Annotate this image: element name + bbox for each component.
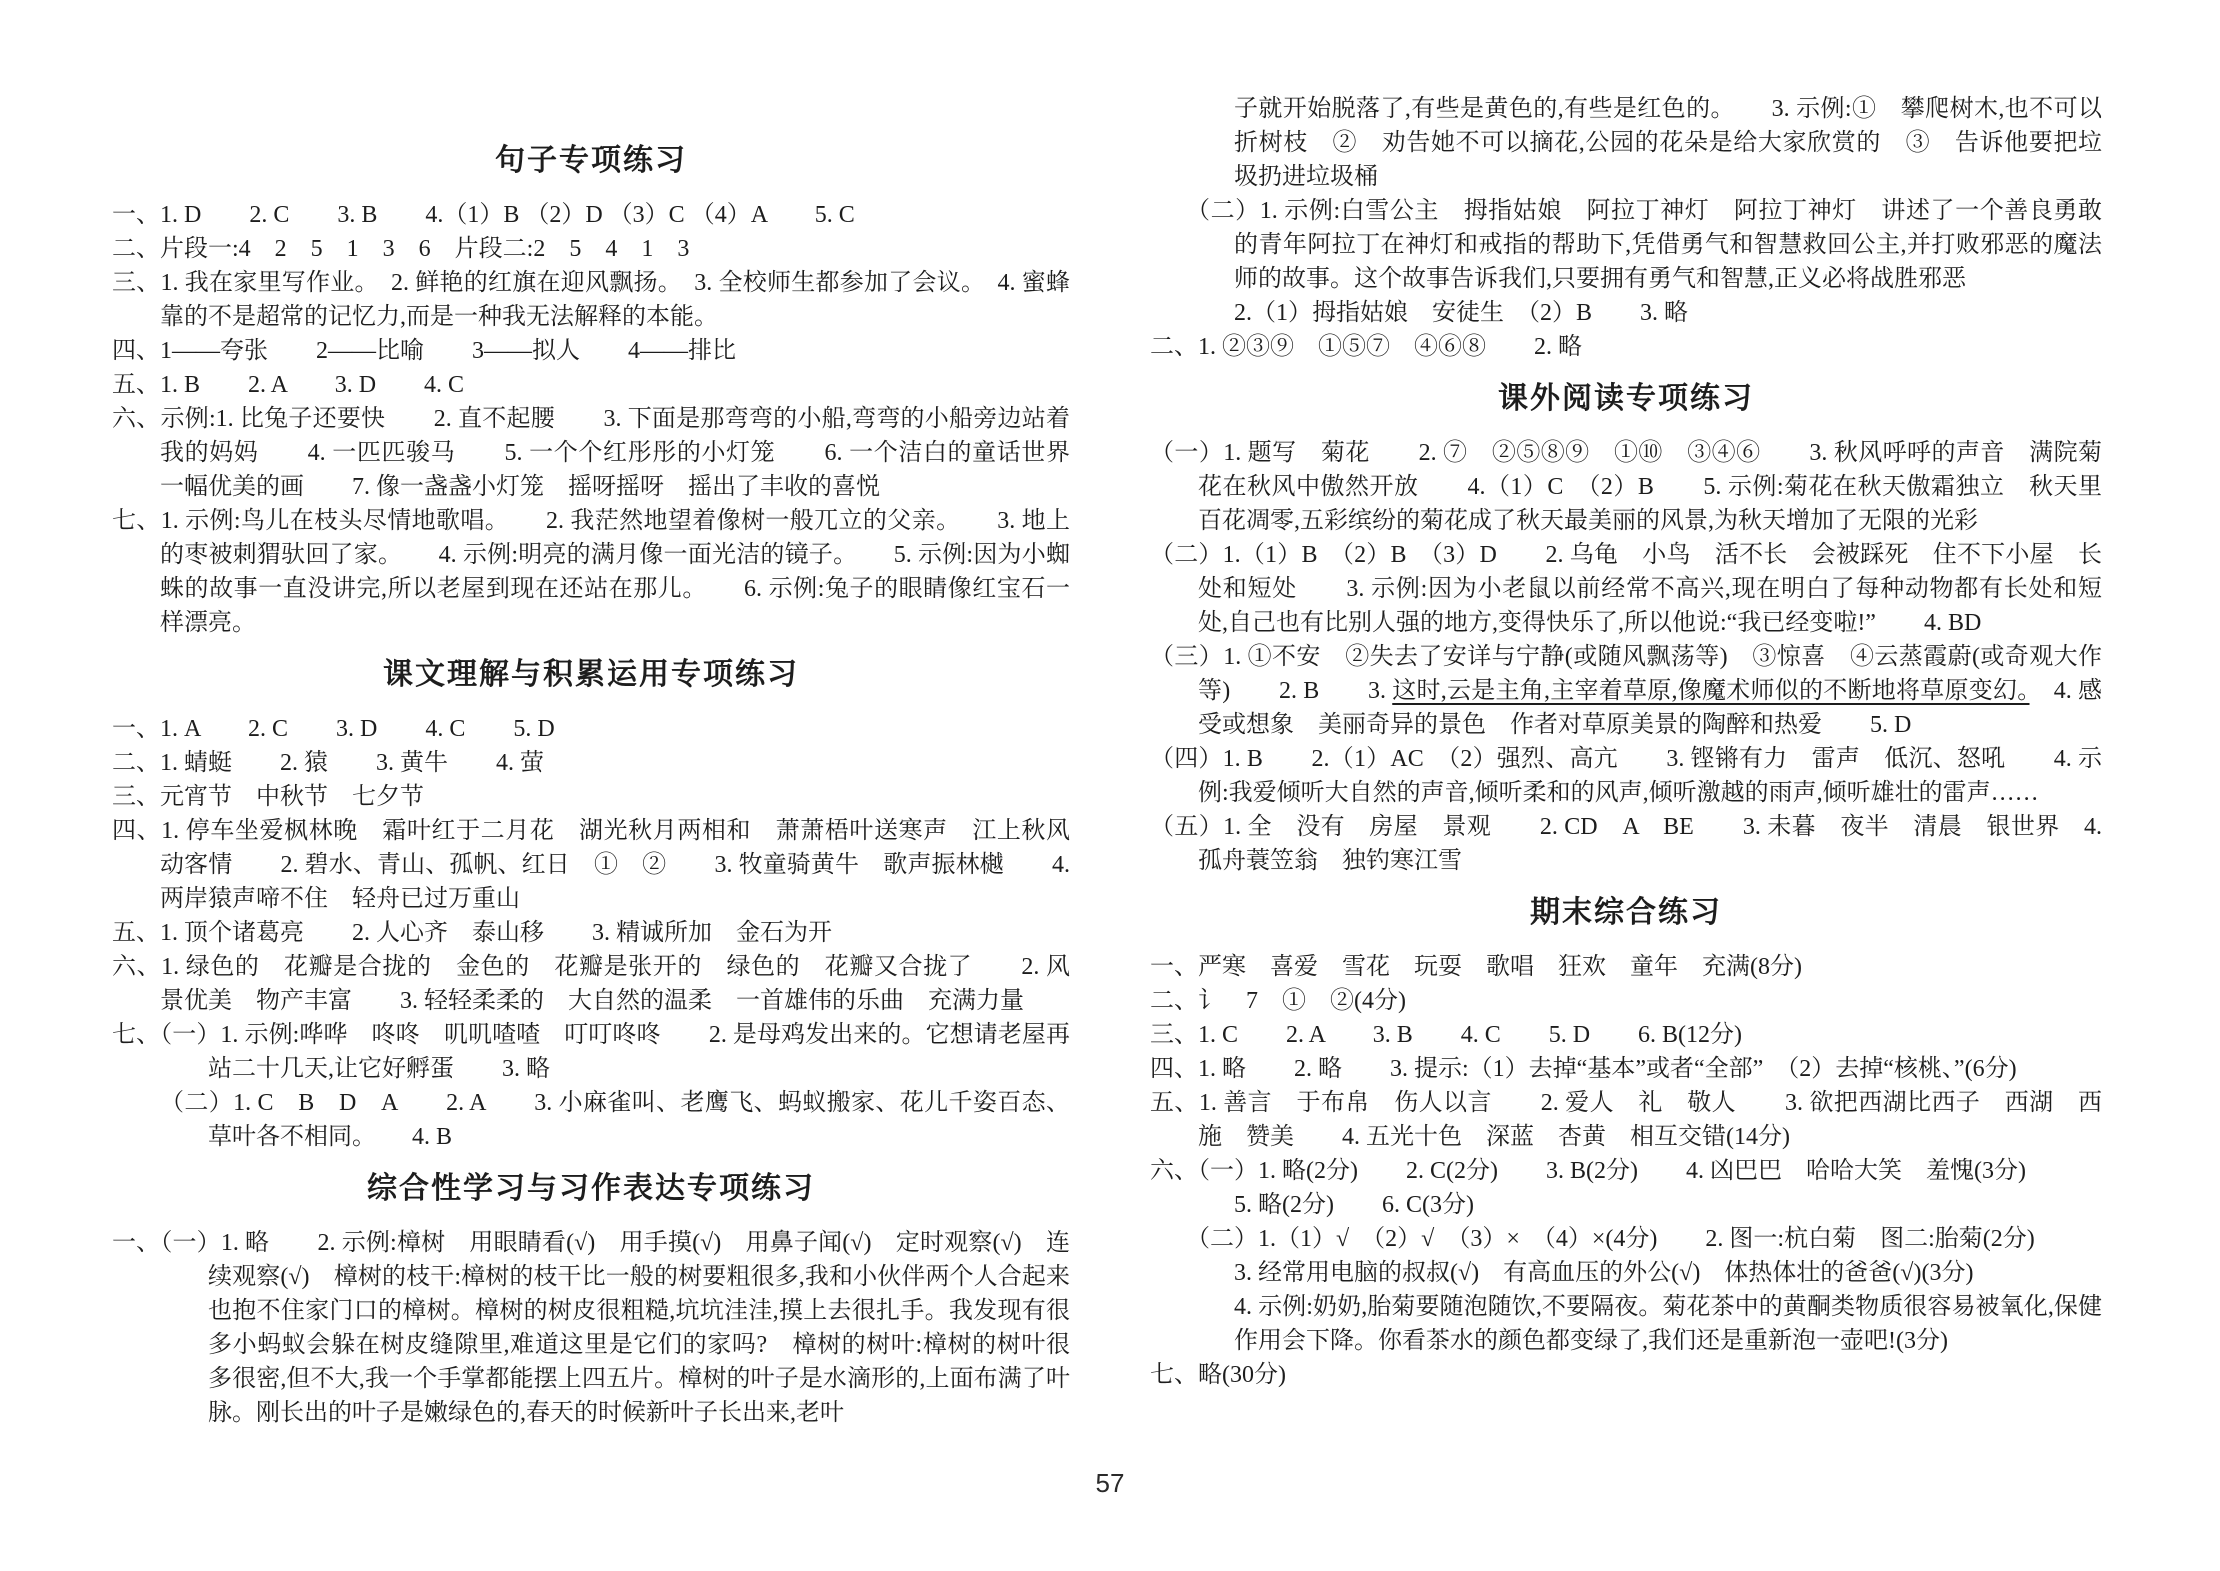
answer-item: （五）1. 全 没有 房屋 景观 2. CD A BE 3. 未暮 夜半 清晨 … xyxy=(1150,810,2102,878)
title-final-exam: 期末综合练习 xyxy=(1150,894,2102,932)
answer-item: 2.（1）拇指姑娘 安徒生 （2）B 3. 略 xyxy=(1150,296,2102,330)
answer-item: 三、1. C 2. A 3. B 4. C 5. D 6. B(12分) xyxy=(1150,1018,2102,1052)
answer-item: 四、1. 略 2. 略 3. 提示:（1）去掉“基本”或者“全部” （2）去掉“… xyxy=(1150,1052,2102,1086)
answer-item: 三、元宵节 中秋节 七夕节 xyxy=(112,780,1070,814)
answer-item: 七、略(30分) xyxy=(1150,1358,2102,1392)
answer-item: 五、1. 善言 于布帛 伤人以言 2. 爱人 礼 敬人 3. 欲把西湖比西子 西… xyxy=(1150,1086,2102,1154)
answer-item: 5. 略(2分) 6. C(3分) xyxy=(1150,1188,2102,1222)
answer-item: 一、1. A 2. C 3. D 4. C 5. D xyxy=(112,712,1070,746)
answer-item: （二）1. C B D A 2. A 3. 小麻雀叫、老鹰飞、蚂蚁搬家、花儿千姿… xyxy=(112,1086,1070,1154)
answer-item: （二）1.（1）√ （2）√ （3）× （4）×(4分) 2. 图一:杭白菊 图… xyxy=(1150,1222,2102,1256)
answer-item: 一、严寒 喜爱 雪花 玩耍 歌唱 狂欢 童年 充满(8分) xyxy=(1150,950,2102,984)
answer-item: 六、（一）1. 略(2分) 2. C(2分) 3. B(2分) 4. 凶巴巴 哈… xyxy=(1150,1154,2102,1188)
answer-item: 七、（一）1. 示例:哗哗 咚咚 叽叽喳喳 叮叮咚咚 2. 是母鸡发出来的。它想… xyxy=(112,1018,1070,1086)
underlined-answer-text: 这时,云是主角,主宰着草原,像魔术师似的不断地将草原变幻。 xyxy=(1392,678,2029,704)
answer-item: （二）1.（1）B （2）B （3）D 2. 乌龟 小鸟 活不长 会被踩死 住不… xyxy=(1150,538,2102,640)
answer-item: （二）1. 示例:白雪公主 拇指姑娘 阿拉丁神灯 阿拉丁神灯 讲述了一个善良勇敢… xyxy=(1150,194,2102,296)
answer-item: 五、1. 顶个诸葛亮 2. 人心齐 泰山移 3. 精诚所加 金石为开 xyxy=(112,916,1070,950)
answer-item: 七、1. 示例:鸟儿在枝头尽情地歌唱。 2. 我茫然地望着像树一般兀立的父亲。 … xyxy=(112,504,1070,640)
answer-item: 4. 示例:奶奶,胎菊要随泡随饮,不要隔夜。菊花茶中的黄酮类物质很容易被氧化,保… xyxy=(1150,1290,2102,1358)
title-integrated-learning: 综合性学习与习作表达专项练习 xyxy=(112,1170,1070,1208)
page-number: 57 xyxy=(0,1468,2220,1499)
answer-item: 二、1. ②③⑨ ①⑤⑦ ④⑥⑧ 2. 略 xyxy=(1150,330,2102,364)
answer-item: 四、1——夸张 2——比喻 3——拟人 4——排比 xyxy=(112,334,1070,368)
answer-item: 六、示例:1. 比兔子还要快 2. 直不起腰 3. 下面是那弯弯的小船,弯弯的小… xyxy=(112,402,1070,504)
answer-item: 二、1. 蜻蜓 2. 猿 3. 黄牛 4. 萤 xyxy=(112,746,1070,780)
answer-item: 一、1. D 2. C 3. B 4.（1）B （2）D （3）C （4）A 5… xyxy=(112,198,1070,232)
answer-item: 二、片段一:4 2 5 1 3 6 片段二:2 5 4 1 3 xyxy=(112,232,1070,266)
answer-item: 子就开始脱落了,有些是黄色的,有些是红色的。 3. 示例:① 攀爬树木,也不可以… xyxy=(1150,92,2102,194)
title-extracurricular-reading: 课外阅读专项练习 xyxy=(1150,380,2102,418)
answer-item: （一）1. 题写 菊花 2. ⑦ ②⑤⑧⑨ ①⑩ ③④⑥ 3. 秋风呼呼的声音 … xyxy=(1150,436,2102,538)
answer-item: 五、1. B 2. A 3. D 4. C xyxy=(112,368,1070,402)
column-right: 子就开始脱落了,有些是黄色的,有些是红色的。 3. 示例:① 攀爬树木,也不可以… xyxy=(1150,92,2102,1392)
answer-item: 三、1. 我在家里写作业。 2. 鲜艳的红旗在迎风飘扬。 3. 全校师生都参加了… xyxy=(112,266,1070,334)
title-text-comprehension: 课文理解与积累运用专项练习 xyxy=(112,656,1070,694)
answer-item: 二、讠 7 ① ②(4分) xyxy=(1150,984,2102,1018)
answer-item: （四）1. B 2.（1）AC （2）强烈、高亢 3. 铿锵有力 雷声 低沉、怒… xyxy=(1150,742,2102,810)
answer-item: 3. 经常用电脑的叔叔(√) 有高血压的外公(√) 体热体壮的爸爸(√)(3分) xyxy=(1150,1256,2102,1290)
column-left: 句子专项练习一、1. D 2. C 3. B 4.（1）B （2）D （3）C … xyxy=(112,142,1070,1430)
answer-item: （三）1. ①不安 ②失去了安详与宁静(或随风飘荡等) ③惊喜 ④云蒸霞蔚(或奇… xyxy=(1150,640,2102,742)
answer-item: 六、1. 绿色的 花瓣是合拢的 金色的 花瓣是张开的 绿色的 花瓣又合拢了 2.… xyxy=(112,950,1070,1018)
answer-item: 一、（一）1. 略 2. 示例:樟树 用眼睛看(√) 用手摸(√) 用鼻子闻(√… xyxy=(112,1226,1070,1430)
answer-item: 四、1. 停车坐爱枫林晚 霜叶红于二月花 湖光秋月两相和 萧萧梧叶送寒声 江上秋… xyxy=(112,814,1070,916)
title-sentence-practice: 句子专项练习 xyxy=(112,142,1070,180)
answer-key-page: 句子专项练习一、1. D 2. C 3. B 4.（1）B （2）D （3）C … xyxy=(0,0,2220,1571)
